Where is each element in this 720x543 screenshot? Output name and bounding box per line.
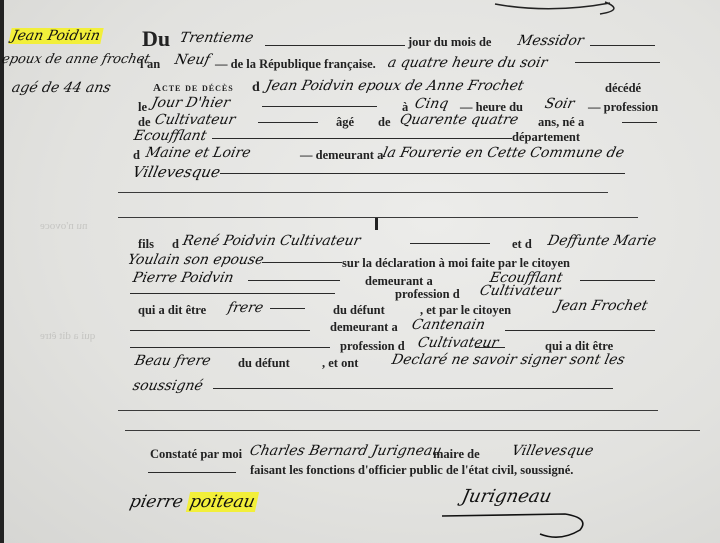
residence-value: la Fourerie en Cette Commune de: [381, 145, 625, 161]
civil-record-page: nu n'ovoce qui a dit être Jean Poidvin e…: [0, 0, 720, 543]
margin-spouse: epoux de anne frochet: [0, 52, 151, 67]
fill-line: [213, 388, 613, 389]
fill-line: [130, 293, 335, 294]
deceased-profession: Cultivateur: [153, 112, 237, 128]
ans-ne-label: ans, né a: [538, 115, 584, 130]
republique-label: — de la République française.: [215, 57, 376, 72]
mayor-name: Charles Bernard Jurigneau: [248, 443, 443, 459]
mother-value: Deffunte Marie: [546, 233, 657, 249]
death-period: Soir: [543, 96, 576, 112]
witness2-name: Jean Frochet: [554, 298, 649, 314]
fill-line: [130, 347, 330, 348]
demeurant-label: — demeurant a: [300, 148, 383, 163]
fill-line: [410, 243, 490, 244]
deceased-age: Quarente quatre: [398, 112, 520, 128]
birthplace: Ecoufflant: [132, 128, 208, 144]
hour-written: a quatre heure du soir: [386, 55, 549, 71]
witness2-relation: Beau frere: [133, 353, 212, 369]
fill-line: [212, 138, 512, 139]
le-label: le: [138, 100, 147, 115]
death-day: Jour D'hier: [150, 95, 231, 111]
bleed-through-text: qui a dit être: [40, 330, 95, 342]
signature-right: Jurigneau: [460, 486, 554, 507]
age-de-label: de: [378, 115, 391, 130]
fill-line: [270, 308, 305, 309]
month-value: Messidor: [516, 33, 585, 49]
age-label: âgé: [336, 115, 354, 130]
footer-commune: Villevesque: [510, 443, 595, 459]
departement-value: Maine et Loire: [144, 145, 252, 161]
parents-d-label: d: [172, 237, 179, 252]
day-value: Trentieme: [178, 30, 255, 46]
witness1-profession-label: profession d: [395, 287, 460, 302]
dep-d-label: d: [133, 148, 140, 163]
witness2-demeurant-label: demeurant a: [330, 320, 398, 335]
witness2-du-defunt: du défunt: [238, 356, 290, 371]
ink-mark: [375, 218, 378, 230]
fill-line: [148, 472, 236, 473]
an-label: l'an: [140, 57, 160, 72]
witness1-qui-label: qui a dit être: [138, 303, 206, 318]
fonctions-label: faisant les fonctions d'officier public …: [250, 463, 573, 478]
du-label: Du: [142, 26, 170, 52]
mother-value-cont: Youlain son epouse: [126, 252, 265, 268]
d-label: d: [252, 80, 260, 96]
witness2-et-ont: , et ont: [322, 356, 358, 371]
witness1-par-citoyen: , et par le citoyen: [420, 303, 511, 318]
separator-line: [125, 430, 700, 431]
fill-line: [590, 45, 655, 46]
separator-line: [118, 410, 658, 411]
fill-line: [265, 45, 405, 46]
acte-label: Acte de décès: [153, 82, 234, 94]
margin-name-highlighted: Jean Poidvin: [8, 28, 103, 44]
margin-age: agé de 44 ans: [10, 80, 112, 96]
fils-label: fils: [138, 237, 154, 252]
constate-label: Constaté par moi: [150, 447, 242, 462]
witness1-du-defunt: du défunt: [333, 303, 385, 318]
departement-label: département: [512, 130, 580, 145]
year-value: Neuf: [173, 52, 211, 68]
fill-line: [248, 280, 340, 281]
margin-name: Jean Poidvin: [8, 28, 103, 44]
fill-line: [258, 122, 318, 123]
maire-de-label: maire de: [433, 447, 480, 462]
death-hour: Cinq: [413, 96, 450, 112]
profession-label: — profession: [588, 100, 658, 115]
signature-flourish: [440, 508, 600, 543]
decede-label: décédé: [605, 81, 641, 96]
witness2-soussigne: soussigné: [131, 378, 204, 394]
fill-line: [262, 106, 377, 107]
witness2-statement: Declaré ne savoir signer sont les: [390, 352, 626, 368]
declaration-label: sur la déclaration à moi faite par le ci…: [342, 256, 570, 271]
page-edge: [0, 0, 4, 543]
fill-line: [622, 122, 657, 123]
top-flourish: [490, 0, 630, 18]
fill-line: [262, 262, 342, 263]
fill-line: [220, 173, 625, 174]
commune-value: Villevesque: [131, 163, 222, 181]
witness2-profession: Cultivateur: [416, 335, 500, 351]
fill-line: [130, 330, 310, 331]
deceased-name: Jean Poidvin epoux de Anne Frochet: [264, 78, 525, 94]
bleed-through-text: nu n'ovoce: [40, 220, 88, 232]
signature-left-first: pierre: [128, 492, 185, 512]
witness1-name: Pierre Poidvin: [131, 270, 235, 286]
witness1-profession: Cultivateur: [478, 283, 562, 299]
et-d-label: et d: [512, 237, 532, 252]
witness1-relation: frere: [226, 300, 265, 316]
fill-line: [505, 330, 655, 331]
fill-line: [575, 62, 660, 63]
witness2-residence: Cantenain: [410, 317, 486, 333]
signature-left: pierre poiteau: [128, 492, 259, 512]
fill-line: [475, 347, 505, 348]
fill-line: [580, 280, 655, 281]
separator-line: [118, 192, 608, 193]
jour-du-mois-label: jour du mois de: [408, 35, 491, 50]
separator-line: [118, 217, 638, 218]
father-value: René Poidvin Cultivateur: [181, 233, 362, 249]
signature-left-highlighted: poiteau: [186, 492, 259, 512]
